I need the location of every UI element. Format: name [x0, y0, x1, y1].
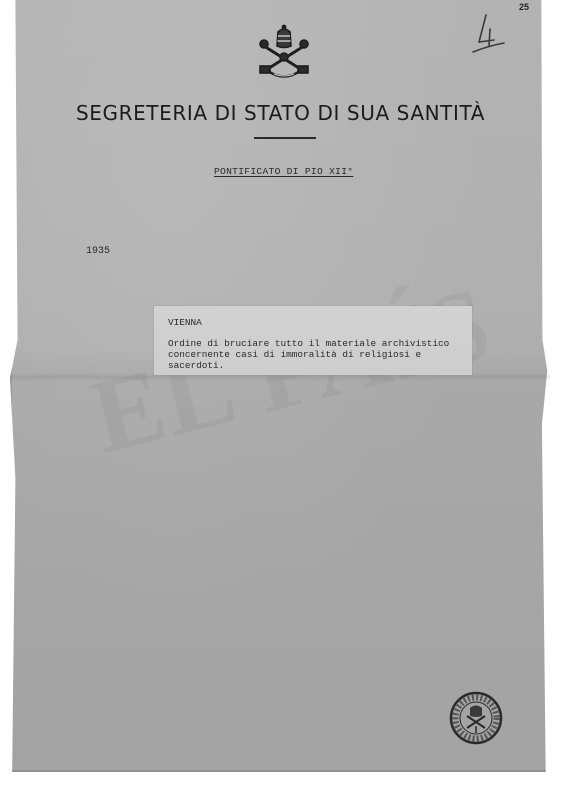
header-title: SEGRETERIA DI STATO DI SUA SANTITÀ — [0, 101, 561, 125]
pontificate-label: PONTIFICATO DI PIO XII° — [214, 166, 353, 177]
page-number: 25 — [519, 2, 529, 12]
header-divider — [254, 137, 316, 139]
label-card: VIENNA Ordine di bruciare tutto il mater… — [154, 306, 472, 375]
handwritten-number-four — [470, 12, 508, 56]
papal-coat-of-arms-icon — [256, 24, 312, 84]
secretariat-of-state-seal-icon — [448, 690, 504, 746]
card-city: VIENNA — [168, 317, 202, 328]
card-description: Ordine di bruciare tutto il materiale ar… — [168, 338, 468, 371]
document-year: 1935 — [86, 246, 110, 257]
